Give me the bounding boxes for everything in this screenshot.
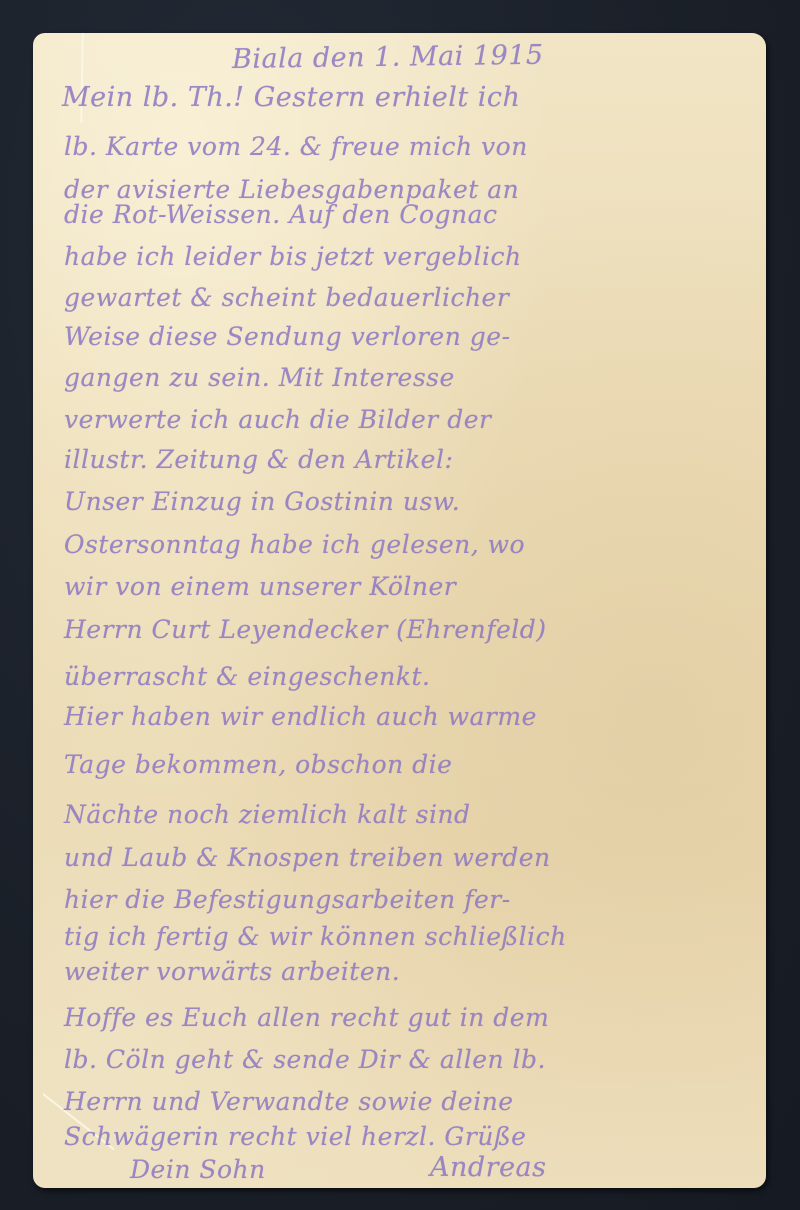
letter-line-10: illustr. Zeitung & den Artikel:	[64, 445, 453, 474]
letter-line-2: lb. Karte vom 24. & freue mich von	[64, 132, 528, 161]
letter-line-16: Hier haben wir endlich auch warme	[64, 702, 537, 731]
letter-line-20: hier die Befestigungsarbeiten fer-	[64, 885, 511, 914]
letter-line-23: Hoffe es Euch allen recht gut in dem	[64, 1003, 549, 1032]
letter-line-21: tig ich fertig & wir können schließlich	[64, 922, 567, 951]
letter-line-9: verwerte ich auch die Bilder der	[64, 405, 491, 434]
letter-line-11: Unser Einzug in Gostinin usw.	[64, 487, 460, 516]
dateline: Biala den 1. Mai 1915	[232, 40, 544, 75]
letter-line-12: Ostersonntag habe ich gelesen, wo	[64, 530, 525, 559]
letter-line-24: lb. Cöln geht & sende Dir & allen lb.	[64, 1045, 546, 1074]
letter-line-7: Weise diese Sendung verloren ge-	[64, 322, 511, 351]
letter-line-18: Nächte noch ziemlich kalt sind	[64, 800, 471, 829]
letter-line-1: Mein lb. Th.! Gestern erhielt ich	[62, 82, 520, 113]
letter-line-19: und Laub & Knospen treiben werden	[64, 843, 551, 872]
signature: Andreas	[430, 1152, 547, 1183]
letter-line-17: Tage bekommen, obschon die	[64, 750, 452, 779]
letter-line-5: habe ich leider bis jetzt vergeblich	[64, 242, 522, 271]
letter-line-26: Schwägerin recht viel herzl. Grüße	[64, 1122, 526, 1151]
letter-line-22: weiter vorwärts arbeiten.	[64, 957, 400, 986]
letter-line-4: die Rot-Weissen. Auf den Cognac	[64, 200, 498, 229]
letter-line-25: Herrn und Verwandte sowie deine	[64, 1087, 514, 1116]
letter-line-8: gangen zu sein. Mit Interesse	[64, 363, 455, 392]
closing: Dein Sohn	[130, 1155, 266, 1184]
letter-line-15: überrascht & eingeschenkt.	[64, 662, 431, 691]
letter-line-6: gewartet & scheint bedauerlicher	[64, 283, 509, 312]
letter-line-13: wir von einem unserer Kölner	[64, 572, 456, 601]
letter-line-14: Herrn Curt Leyendecker (Ehrenfeld)	[64, 615, 547, 644]
